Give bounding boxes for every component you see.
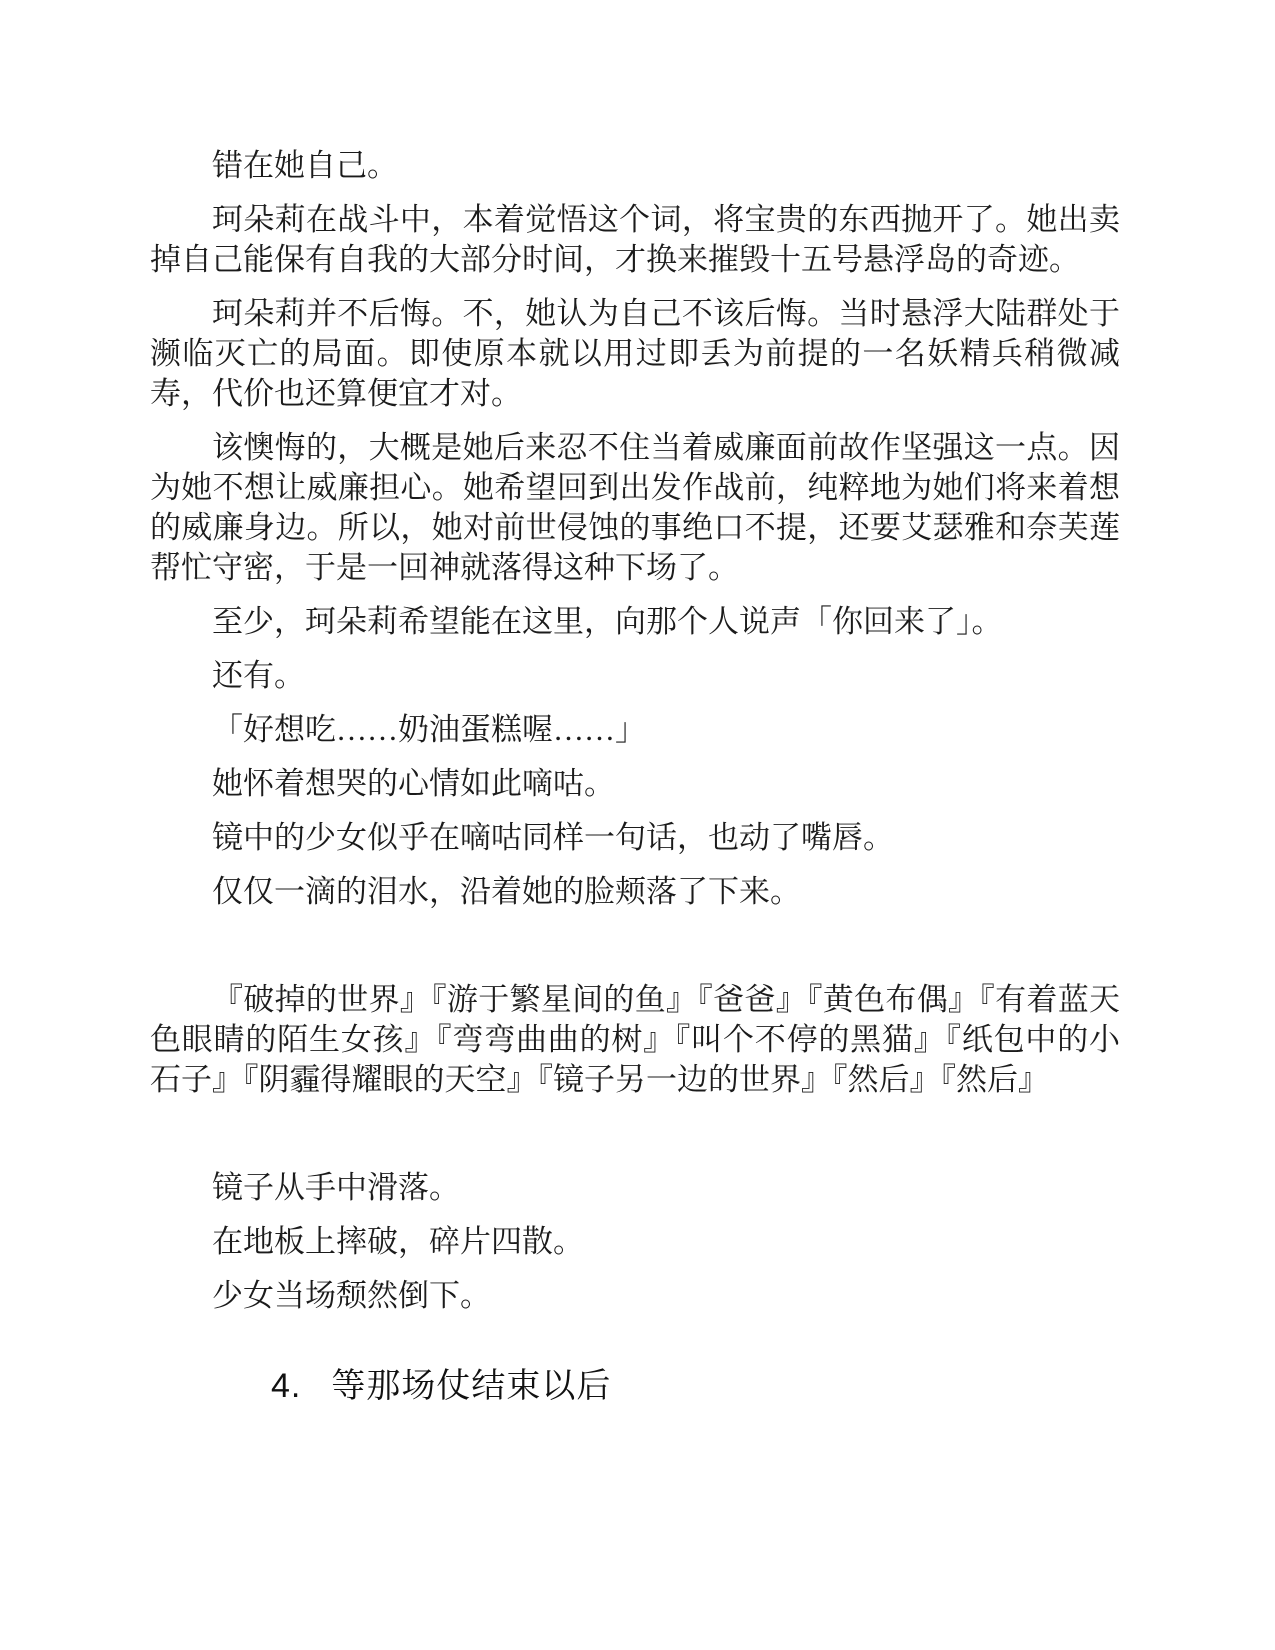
paragraph: 少女当场颓然倒下。 xyxy=(150,1276,1120,1316)
chapter-title: 等那场仗结束以后 xyxy=(331,1367,611,1405)
paragraph: 至少，珂朵莉希望能在这里，向那个人说声「你回来了」。 xyxy=(150,602,1120,642)
paragraph: 镜中的少女似乎在嘀咕同样一句话，也动了嘴唇。 xyxy=(150,818,1120,858)
blank-line-spacer xyxy=(150,926,1120,980)
paragraph: 错在她自己。 xyxy=(150,146,1120,186)
chapter-heading: 4.等那场仗结束以后 xyxy=(271,1364,1120,1408)
paragraph: 她怀着想哭的心情如此嘀咕。 xyxy=(150,764,1120,804)
paragraph: 在地板上摔破，碎片四散。 xyxy=(150,1222,1120,1262)
document-page: { "document": { "language": "zh-CN", "co… xyxy=(0,0,1275,1650)
novel-page: 错在她自己。 珂朵莉在战斗中，本着觉悟这个词，将宝贵的东西抛开了。她出卖掉自己能… xyxy=(0,0,1275,1650)
paragraph: 还有。 xyxy=(150,656,1120,696)
paragraph: 珂朵莉并不后悔。不，她认为自己不该后悔。当时悬浮大陆群处于濒临灭亡的局面。即使原… xyxy=(150,294,1120,414)
paragraph: 珂朵莉在战斗中，本着觉悟这个词，将宝贵的东西抛开了。她出卖掉自己能保有自我的大部… xyxy=(150,200,1120,280)
paragraph: 镜子从手中滑落。 xyxy=(150,1168,1120,1208)
blank-line-spacer xyxy=(150,1114,1120,1168)
body-text-block: 错在她自己。 珂朵莉在战斗中，本着觉悟这个词，将宝贵的东西抛开了。她出卖掉自己能… xyxy=(150,146,1120,1316)
paragraph-memory-list: 『破掉的世界』『游于繁星间的鱼』『爸爸』『黄色布偶』『有着蓝天色眼睛的陌生女孩』… xyxy=(150,980,1120,1100)
chapter-number: 4. xyxy=(271,1364,301,1408)
paragraph: 「好想吃……奶油蛋糕喔……」 xyxy=(150,710,1120,750)
paragraph: 仅仅一滴的泪水，沿着她的脸颊落了下来。 xyxy=(150,872,1120,912)
paragraph: 该懊悔的，大概是她后来忍不住当着威廉面前故作坚强这一点。因为她不想让威廉担心。她… xyxy=(150,428,1120,588)
